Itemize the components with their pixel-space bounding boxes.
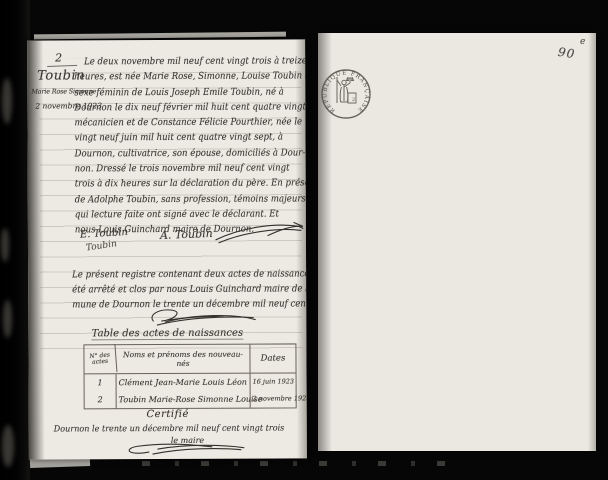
- act-line: de Adolphe Toubin, sans profession, témo…: [75, 191, 298, 207]
- act-line: Dournon le dix neuf février mil huit cen…: [74, 99, 297, 115]
- act-line: non. Dressé le trois novembre mil neuf c…: [75, 161, 298, 177]
- left-page: 2 Toubin Marie Rose Simonne 2 novembre 1…: [27, 39, 307, 459]
- signature-toubin-witness: A. Toubin: [160, 227, 213, 242]
- republique-francaise-stamp-icon: RÉPUBLIQUE FRANÇAISE 2: [319, 67, 373, 121]
- stamp-number: 2: [352, 97, 355, 103]
- flourish-stroke: [219, 229, 301, 242]
- table-row-2-num: 2: [85, 391, 117, 408]
- spine-texture: [3, 300, 12, 338]
- closing-line: Le présent registre contenant deux actes…: [72, 266, 306, 282]
- certification-place-date: Dournon le trente un décembre mil neuf c…: [54, 423, 285, 434]
- flourish-stroke: [268, 222, 303, 235]
- table-row-1-date: 16 juin 1923: [251, 373, 296, 390]
- certified-label: Certifié: [29, 408, 307, 420]
- spine-texture: [1, 228, 9, 262]
- act-line: trois à dix heures sur la déclaration du…: [75, 176, 298, 192]
- act-line: mécanicien et de Constance Félicie Pourt…: [74, 115, 297, 131]
- signature-toubin-father: E. Toubin: [80, 227, 129, 241]
- act-line: Le deux novembre mil neuf cent vingt tro…: [74, 53, 297, 69]
- table-header-names: Noms et prénoms des nouveau-nés: [116, 345, 250, 374]
- closing-line: été arrêté et clos par nous Louis Guinch…: [72, 282, 306, 298]
- scan-noise: [120, 461, 450, 466]
- mayor-signature-flourish: [117, 440, 249, 459]
- register-book-scan: 2 Toubin Marie Rose Simonne 2 novembre 1…: [0, 0, 608, 480]
- book-spine: [0, 0, 30, 480]
- table-header-act-number: N° des actes: [83, 344, 117, 374]
- table-row-1-name: Clément Jean-Marie Louis Léon: [117, 374, 251, 392]
- page-stack-edge: [34, 32, 286, 40]
- stamp-border: [322, 70, 370, 118]
- spine-texture: [2, 78, 12, 124]
- table-header-dates: Dates: [250, 344, 295, 372]
- table-row-2-name: Toubin Marie-Rose Simonne Louise: [117, 391, 251, 409]
- corner-mark: e: [580, 37, 585, 47]
- page-number: 90: [557, 45, 576, 61]
- table-row-1-num: 1: [85, 374, 117, 391]
- birth-act-text: Le deux novembre mil neuf cent vingt tro…: [74, 53, 298, 238]
- signature-toubin-scribble: Toubin: [85, 239, 117, 253]
- table-title: Table des actes de naissances: [28, 327, 306, 339]
- right-page: e 90 RÉPUBLIQUE FRANÇAISE 2: [318, 33, 596, 451]
- signature-guinchard-flourish: [213, 219, 307, 246]
- act-line: vingt neuf juin mil huit cent quatre vin…: [74, 130, 297, 146]
- table-row-2-date: 2 novembre 1923: [251, 390, 296, 407]
- margin-underline: [47, 65, 77, 67]
- act-line: heures, est née Marie Rose, Simonne, Lou…: [74, 69, 297, 85]
- acts-table: N° des actes Noms et prénoms des nouveau…: [83, 343, 296, 409]
- act-line: sexe féminin de Louis Joseph Emile Toubi…: [74, 84, 297, 100]
- flourish-stroke: [153, 448, 241, 454]
- table-title-text: Table des actes de naissances: [92, 328, 243, 341]
- spine-texture: [2, 425, 14, 467]
- act-line: Dournon, cultivatrice, son épouse, domic…: [75, 145, 298, 161]
